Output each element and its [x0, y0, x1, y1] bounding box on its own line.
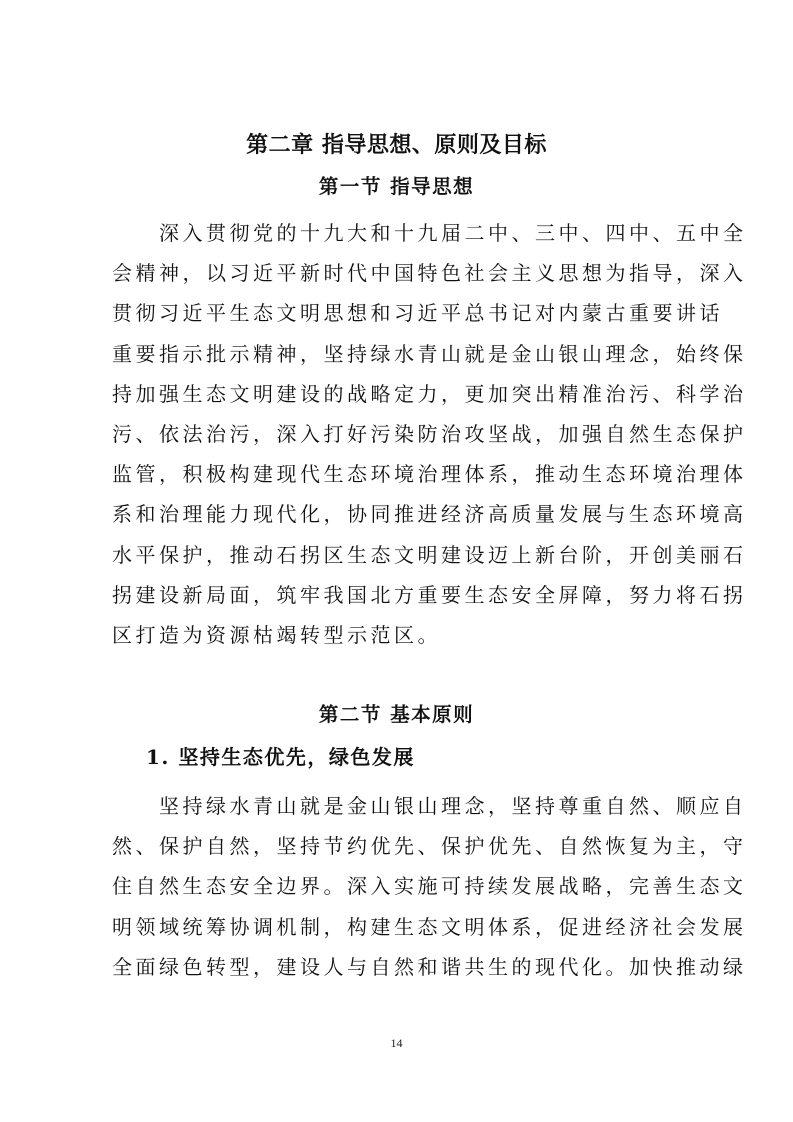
- text-line: 贯彻习近平生态文明思想和习近平总书记对内蒙古重要讲话: [112, 293, 684, 333]
- text-line: 区打造为资源枯竭转型示范区。: [112, 615, 684, 655]
- principle-subheading: 1. 坚持生态优先，绿色发展: [146, 742, 415, 772]
- text-line: 全面绿色转型，建设人与自然和谐共生的现代化。加快推动绿: [112, 947, 684, 987]
- chapter-title: 第二章 指导思想、原则及目标: [0, 131, 793, 161]
- section-title-basic-principles: 第二节 基本原则: [0, 701, 793, 729]
- paragraph-principle-1: 坚持绿水青山就是金山银山理念，坚持尊重自然、顺应自 然、保护自然，坚持节约优先、…: [112, 786, 684, 987]
- text-line: 深入贯彻党的十九大和十九届二中、三中、四中、五中全: [112, 213, 684, 253]
- text-line: 重要指示批示精神，坚持绿水青山就是金山银山理念，始终保: [112, 334, 684, 374]
- text-line: 住自然生态安全边界。深入实施可持续发展战略，完善生态文: [112, 866, 684, 906]
- text-line: 坚持绿水青山就是金山银山理念，坚持尊重自然、顺应自: [112, 786, 684, 826]
- text-line: 监管，积极构建现代生态环境治理体系，推动生态环境治理体: [112, 454, 684, 494]
- text-line: 系和治理能力现代化，协同推进经济高质量发展与生态环境高: [112, 494, 684, 534]
- text-line: 水平保护，推动石拐区生态文明建设迈上新台阶，开创美丽石: [112, 535, 684, 575]
- text-line: 污、依法治污，深入打好污染防治攻坚战，加强自然生态保护: [112, 414, 684, 454]
- page-number: 14: [0, 1036, 793, 1051]
- text-line: 会精神，以习近平新时代中国特色社会主义思想为指导，深入: [112, 253, 684, 293]
- text-line: 然、保护自然，坚持节约优先、保护优先、自然恢复为主，守: [112, 826, 684, 866]
- text-line: 拐建设新局面，筑牢我国北方重要生态安全屏障，努力将石拐: [112, 575, 684, 615]
- paragraph-guiding-ideology: 深入贯彻党的十九大和十九届二中、三中、四中、五中全 会精神，以习近平新时代中国特…: [112, 213, 684, 655]
- text-line: 持加强生态文明建设的战略定力，更加突出精准治污、科学治: [112, 374, 684, 414]
- text-line: 明领域统筹协调机制，构建生态文明体系，促进经济社会发展: [112, 907, 684, 947]
- section-title-guiding-ideology: 第一节 指导思想: [0, 173, 793, 201]
